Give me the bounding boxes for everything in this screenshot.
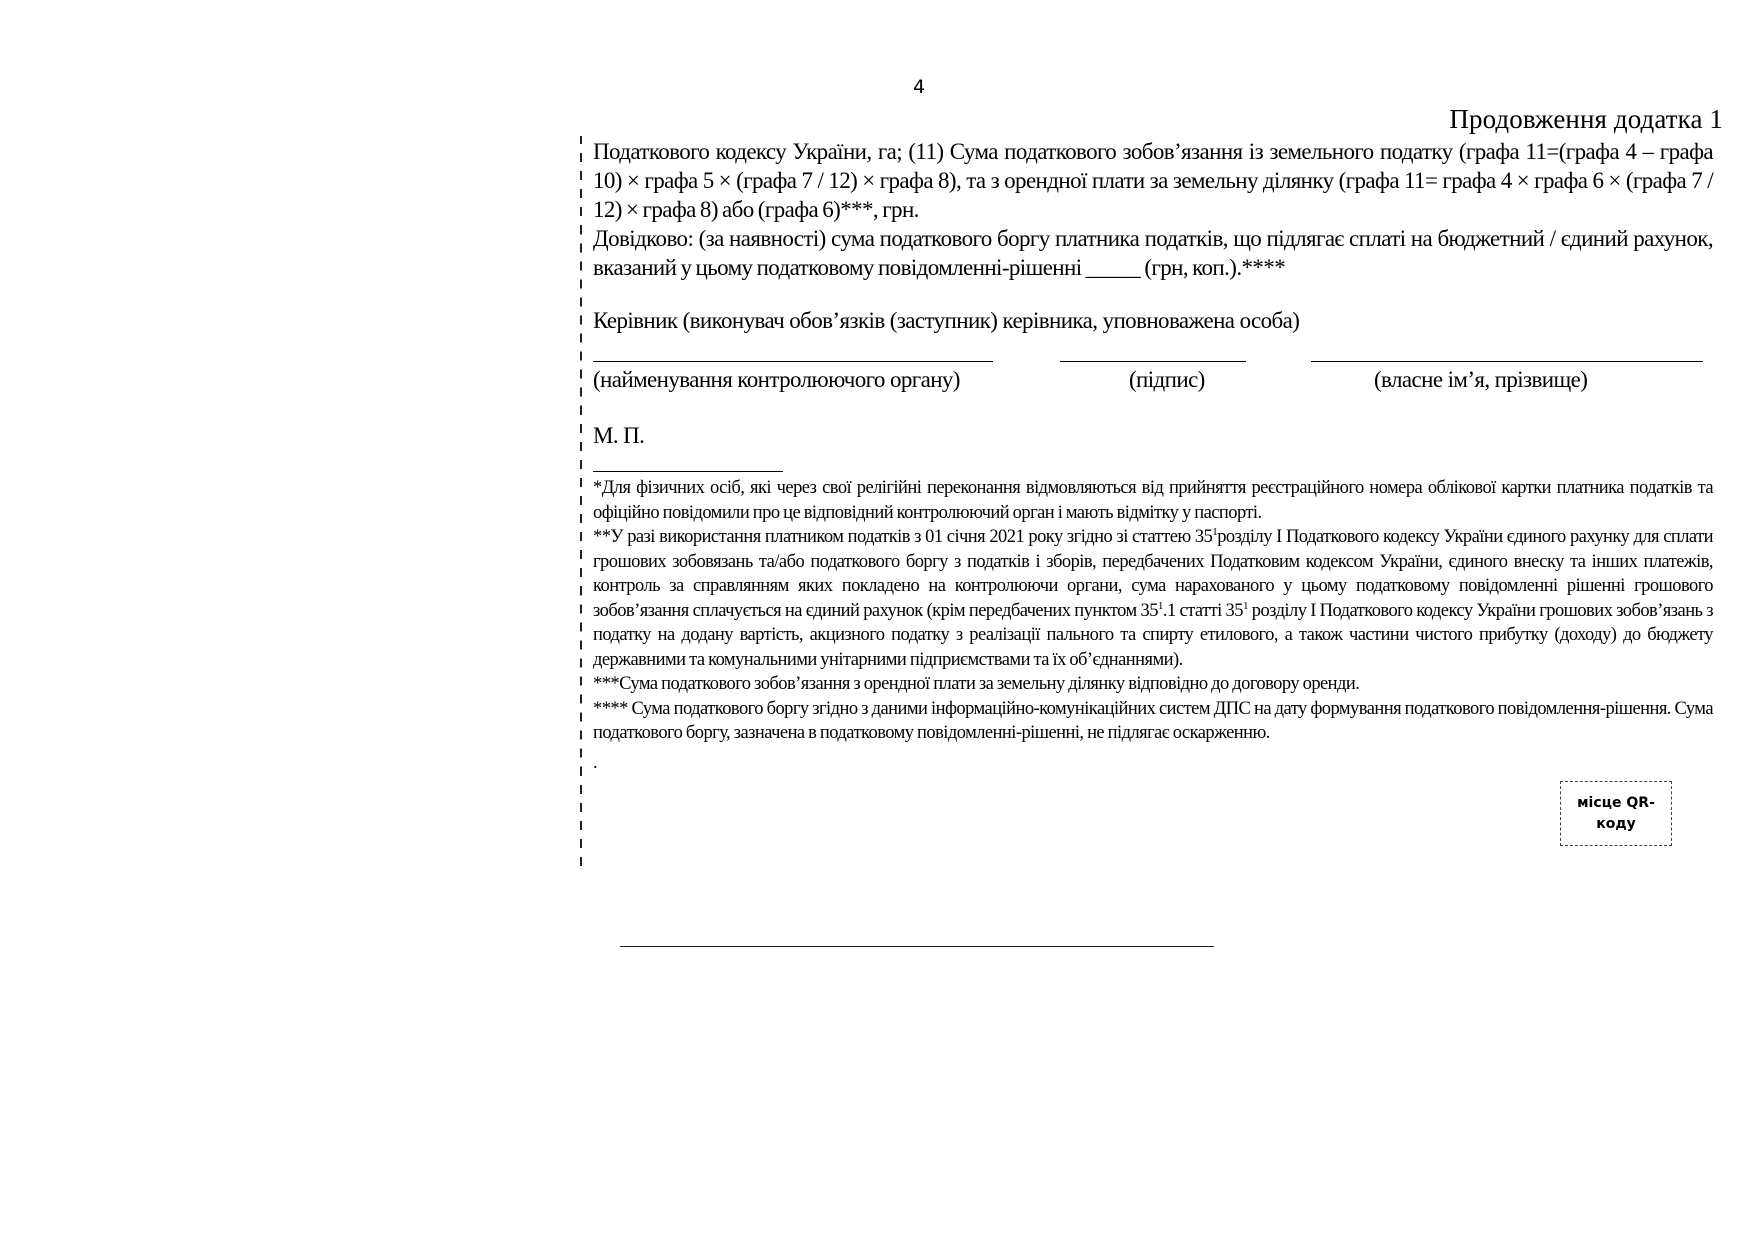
page-number: 4: [913, 76, 925, 98]
signature-line: [1060, 361, 1246, 362]
authority-line: [593, 361, 993, 362]
continuation-title: Продовження додатка 1: [1449, 104, 1723, 135]
qr-code-label: місце QR-коду: [1567, 793, 1665, 835]
name-line: [1311, 361, 1703, 362]
name-label: (власне ім’я, прізвище): [1374, 367, 1587, 393]
footnote-1: *Для фізичних осіб, які через свої реліг…: [593, 476, 1713, 525]
document-body: Податкового кодексу України, га; (11) Су…: [593, 137, 1713, 774]
tax-liability-paragraph: Податкового кодексу України, га; (11) Су…: [593, 137, 1713, 224]
stamp-place: М. П.: [593, 423, 1713, 449]
qr-code-placeholder: місце QR-коду: [1560, 781, 1672, 846]
footnote-2: **У разі використання платником податків…: [593, 525, 1713, 672]
footnote-separator: [593, 471, 783, 472]
footnote-4: **** Сума податкового боргу згідно з дан…: [593, 697, 1713, 746]
signature-label: (підпис): [1129, 367, 1205, 393]
head-official-line: Керівник (виконувач обов’язків (заступни…: [593, 306, 1713, 335]
footnote-3: ***Сума податкового зобов’язання з оренд…: [593, 672, 1713, 697]
bottom-rule: [620, 946, 1214, 947]
tax-debt-reference: Довідково: (за наявності) сума податково…: [593, 224, 1713, 282]
trailing-dot: .: [593, 750, 1713, 774]
authority-label: (найменування контролюючого органу): [593, 367, 960, 393]
dashed-cut-line: [580, 136, 582, 866]
signature-block: (найменування контролюючого органу) (під…: [593, 339, 1713, 399]
